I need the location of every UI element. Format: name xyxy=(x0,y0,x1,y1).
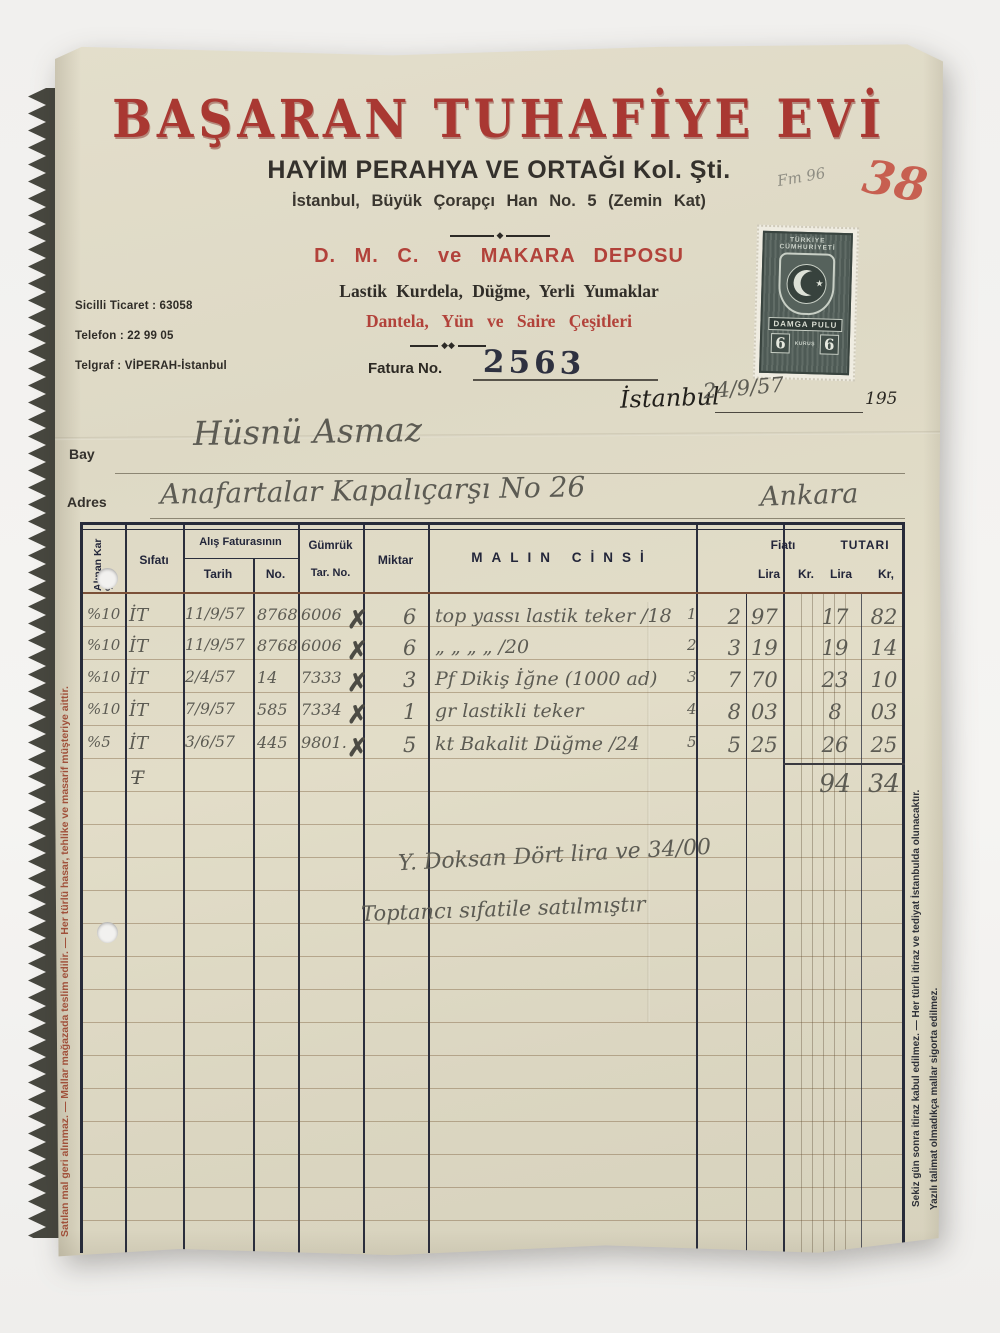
cell-miktar: 3 xyxy=(403,668,431,692)
cell-fiat-lira: 3 xyxy=(693,636,741,660)
adres-handwritten: Anafartalar Kapalıçarşı No 26 xyxy=(160,470,586,510)
header-tutar-kr: Kr, xyxy=(868,567,904,581)
table-row: %10 İT 11/9/57 8768 6006 ✗ 6 top yassı l… xyxy=(83,605,908,637)
cell-fiat-lira: 8 xyxy=(693,700,741,724)
cell-kar: %10 xyxy=(87,636,125,654)
punch-hole xyxy=(97,568,118,589)
cell-tarih: 11/9/57 xyxy=(185,636,251,654)
right-margin-conditions-2: Yazılı talimat olmadıkça mallar sigorta … xyxy=(929,790,940,1210)
invoice-table: Alınan Kar % Sıfatı Alış Faturasının Tar… xyxy=(80,522,905,1253)
total-kr: 34 xyxy=(862,769,906,798)
header-bottom-line xyxy=(83,592,902,594)
cell-sifat: İT xyxy=(129,668,177,689)
cell-tutar-lira: 26 xyxy=(812,733,858,757)
header-sifati: Sıfatı xyxy=(125,553,183,567)
cell-no: 8768 xyxy=(257,605,299,624)
fatura-no-value: 2563 xyxy=(483,344,586,382)
header-tutar-lira: Lira xyxy=(818,567,864,581)
cell-no: 445 xyxy=(257,733,299,752)
cell-kar: %5 xyxy=(87,733,125,751)
stamp-design: TÜRKİYE CÜMHURİYETİ ★ DAMGA PULU 6 KURUŞ… xyxy=(759,231,853,375)
date-underline xyxy=(715,412,863,413)
cell-tutar-kr: 25 xyxy=(862,733,906,757)
header-tarih: Tarih xyxy=(183,567,253,581)
company-title: BAŞARAN TUHAFİYE EVİ xyxy=(55,89,943,151)
cell-miktar: 1 xyxy=(403,700,431,724)
cell-tutar-lira: 17 xyxy=(812,605,858,629)
telegraph-line: Telgraf : VİPERAH-İstanbul xyxy=(75,360,227,372)
cell-no: 8768 xyxy=(257,636,299,655)
adres-city-handwritten: Ankara xyxy=(759,478,858,512)
cell-fiat-lira: 2 xyxy=(693,605,741,629)
header-fiat-lira: Lira xyxy=(746,567,792,581)
cell-cins: „ „ „ „ /20 xyxy=(435,636,693,658)
header-no: No. xyxy=(253,567,298,581)
fatura-no-label: Fatura No. xyxy=(368,360,442,377)
header-alis-faturasinin: Alış Faturasının xyxy=(183,536,298,548)
registry-line: Sicilli Ticaret : 63058 xyxy=(75,300,193,312)
cell-fiat-kr: 25 xyxy=(751,733,787,757)
total-rule xyxy=(783,763,905,765)
cell-sifat: İT xyxy=(129,636,177,657)
cell-no: 585 xyxy=(257,700,299,719)
stamp-value-left: 6 xyxy=(771,333,790,354)
left-margin-conditions: Satılan mal geri alınmaz. — Mallar mağaz… xyxy=(59,537,71,1237)
x-mark: ✗ xyxy=(347,636,377,666)
scanned-invoice-page: BAŞARAN TUHAFİYE EVİ HAYİM PERAHYA VE OR… xyxy=(0,0,1000,1333)
cell-fiat-lira: 7 xyxy=(693,668,741,692)
cell-tutar-lira: 8 xyxy=(812,700,858,724)
damga-pulu-stamp: TÜRKİYE CÜMHURİYETİ ★ DAMGA PULU 6 KURUŞ… xyxy=(753,225,859,382)
paper-crease xyxy=(55,431,943,440)
header-miktar: Miktar xyxy=(363,553,428,567)
cell-fiat-kr: 19 xyxy=(751,636,787,660)
cell-sifat: İT xyxy=(129,733,177,754)
printed-year: 195 xyxy=(865,389,897,409)
cell-kar: %10 xyxy=(87,668,125,686)
header-gumruk: Gümrük xyxy=(298,540,363,552)
cell-cins: gr lastikli teker xyxy=(435,700,693,722)
cell-tarih: 3/6/57 xyxy=(185,733,251,751)
cell-cins: Pf Dikiş İğne (1000 ad) xyxy=(435,668,693,690)
paper-background: BAŞARAN TUHAFİYE EVİ HAYİM PERAHYA VE OR… xyxy=(55,42,943,1260)
total-row: 94 34 xyxy=(83,769,908,801)
cell-sifat: İT xyxy=(129,700,177,721)
alis-sub-line xyxy=(183,558,298,559)
adres-label: Adres xyxy=(67,494,107,510)
adres-underline xyxy=(150,518,905,519)
crescent-star-emblem-icon: ★ xyxy=(778,252,836,316)
total-lira: 94 xyxy=(812,769,858,798)
company-address: İstanbul, Büyük Çorapçı Han No. 5 (Zemin… xyxy=(55,192,943,211)
cell-fiat-lira: 5 xyxy=(693,733,741,757)
cell-fiat-kr: 70 xyxy=(751,668,787,692)
table-inner-border xyxy=(83,529,902,530)
cell-fiat-kr: 97 xyxy=(751,605,787,629)
cell-kar: %10 xyxy=(87,605,125,623)
cell-tarih: 11/9/57 xyxy=(185,605,251,623)
stamp-banner: DAMGA PULU xyxy=(768,317,842,332)
invoice-paper: BAŞARAN TUHAFİYE EVİ HAYİM PERAHYA VE OR… xyxy=(55,42,943,1260)
stamp-value-right: 6 xyxy=(820,334,839,355)
bay-label: Bay xyxy=(69,446,95,462)
phone-line: Telefon : 22 99 05 xyxy=(75,330,174,342)
x-mark: ✗ xyxy=(347,733,377,763)
cell-tutar-lira: 23 xyxy=(812,668,858,692)
table-row: %10 İT 7/9/57 585 7334 ✗ 1 gr lastikli t… xyxy=(83,700,908,732)
header-fiati: Fiatı xyxy=(746,538,820,552)
cell-cins: top yassı lastik teker /18 xyxy=(435,605,693,627)
cell-miktar: 6 xyxy=(403,605,431,629)
cell-no: 14 xyxy=(257,668,299,687)
cell-tarih: 7/9/57 xyxy=(185,700,251,718)
x-mark: ✗ xyxy=(347,700,377,730)
red-crayon-number: 38 xyxy=(859,149,931,213)
x-mark: ✗ xyxy=(347,668,377,698)
cell-miktar: 6 xyxy=(403,636,431,660)
right-margin-conditions-1: Sekiz gün sonra itiraz kabul edilmez. — … xyxy=(911,567,922,1207)
cell-tarih: 2/4/57 xyxy=(185,668,251,686)
punch-hole xyxy=(97,922,118,943)
header-tar-no: Tar. No. xyxy=(298,567,363,579)
handwritten-date: 24/9/57 xyxy=(702,373,785,404)
cell-tutar-lira: 19 xyxy=(812,636,858,660)
stamp-country-2: CÜMHURİYETİ xyxy=(779,243,835,252)
cell-sifat: İT xyxy=(129,605,177,626)
header-tutari: TUTARI xyxy=(825,538,905,552)
cell-fiat-kr: 03 xyxy=(751,700,787,724)
cell-kar: %10 xyxy=(87,700,125,718)
cell-tutar-kr: 14 xyxy=(862,636,906,660)
x-mark: ✗ xyxy=(347,605,377,635)
bay-handwritten-name: Hüsnü Asmaz xyxy=(193,410,423,453)
header-malin-cinsi: MALIN CİNSİ xyxy=(428,550,696,565)
divider-ornament-icon: ◆ xyxy=(450,231,550,240)
cell-tutar-kr: 82 xyxy=(862,605,906,629)
cell-cins: kt Bakalit Düğme /24 xyxy=(435,733,693,755)
cell-tutar-kr: 03 xyxy=(862,700,906,724)
table-row: %5 İT 3/6/57 445 9801. ✗ 5 kt Bakalit Dü… xyxy=(83,733,908,765)
table-row: %10 İT 2/4/57 14 7333 ✗ 3 Pf Dikiş İğne … xyxy=(83,668,908,700)
stamp-unit: KURUŞ xyxy=(795,341,815,348)
divider-ornament-icon: ◆◆ xyxy=(410,341,486,350)
table-row: %10 İT 11/9/57 8768 6006 ✗ 6 „ „ „ „ /20… xyxy=(83,636,908,668)
cell-tutar-kr: 10 xyxy=(862,668,906,692)
cell-miktar: 5 xyxy=(403,733,431,757)
